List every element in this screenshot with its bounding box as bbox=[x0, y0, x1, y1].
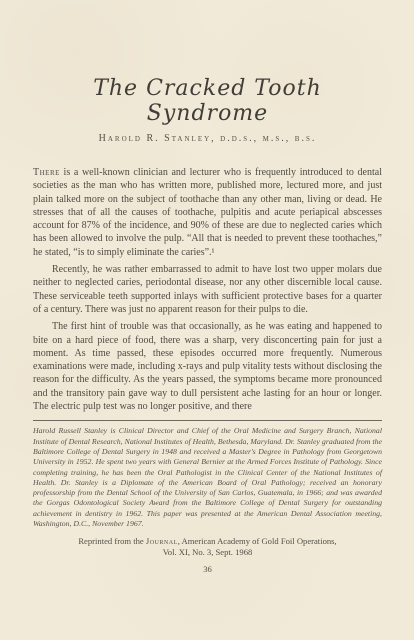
page-content: The Cracked Tooth Syndrome Harold R. Sta… bbox=[33, 0, 382, 574]
article-author: Harold R. Stanley, d.d.s., m.s., b.s. bbox=[33, 133, 382, 144]
footnote-divider bbox=[33, 420, 382, 421]
reprint-suffix: , American Academy of Gold Foil Operatio… bbox=[178, 536, 337, 546]
page-number: 36 bbox=[33, 564, 382, 574]
lead-word: There bbox=[33, 167, 60, 178]
reprint-credit: Reprinted from the Journal, American Aca… bbox=[33, 536, 382, 558]
author-bio-footnote: Harold Russell Stanley is Clinical Direc… bbox=[33, 426, 382, 529]
reprint-prefix: Reprinted from the bbox=[78, 536, 143, 546]
paragraph-1-text: is a well-known clinician and lecturer w… bbox=[33, 167, 382, 258]
reprint-volume: Vol. XI, No. 3, Sept. 1968 bbox=[163, 547, 253, 557]
paragraph-2: Recently, he was rather embarrassed to a… bbox=[33, 263, 382, 316]
journal-name: Journal bbox=[146, 536, 178, 546]
article-body: There is a well-known clinician and lect… bbox=[33, 166, 382, 413]
article-title: The Cracked Tooth Syndrome bbox=[33, 76, 382, 126]
document-page: The Cracked Tooth Syndrome Harold R. Sta… bbox=[0, 0, 414, 640]
paragraph-3: The first hint of trouble was that occas… bbox=[33, 320, 382, 413]
paragraph-1: There is a well-known clinician and lect… bbox=[33, 166, 382, 259]
